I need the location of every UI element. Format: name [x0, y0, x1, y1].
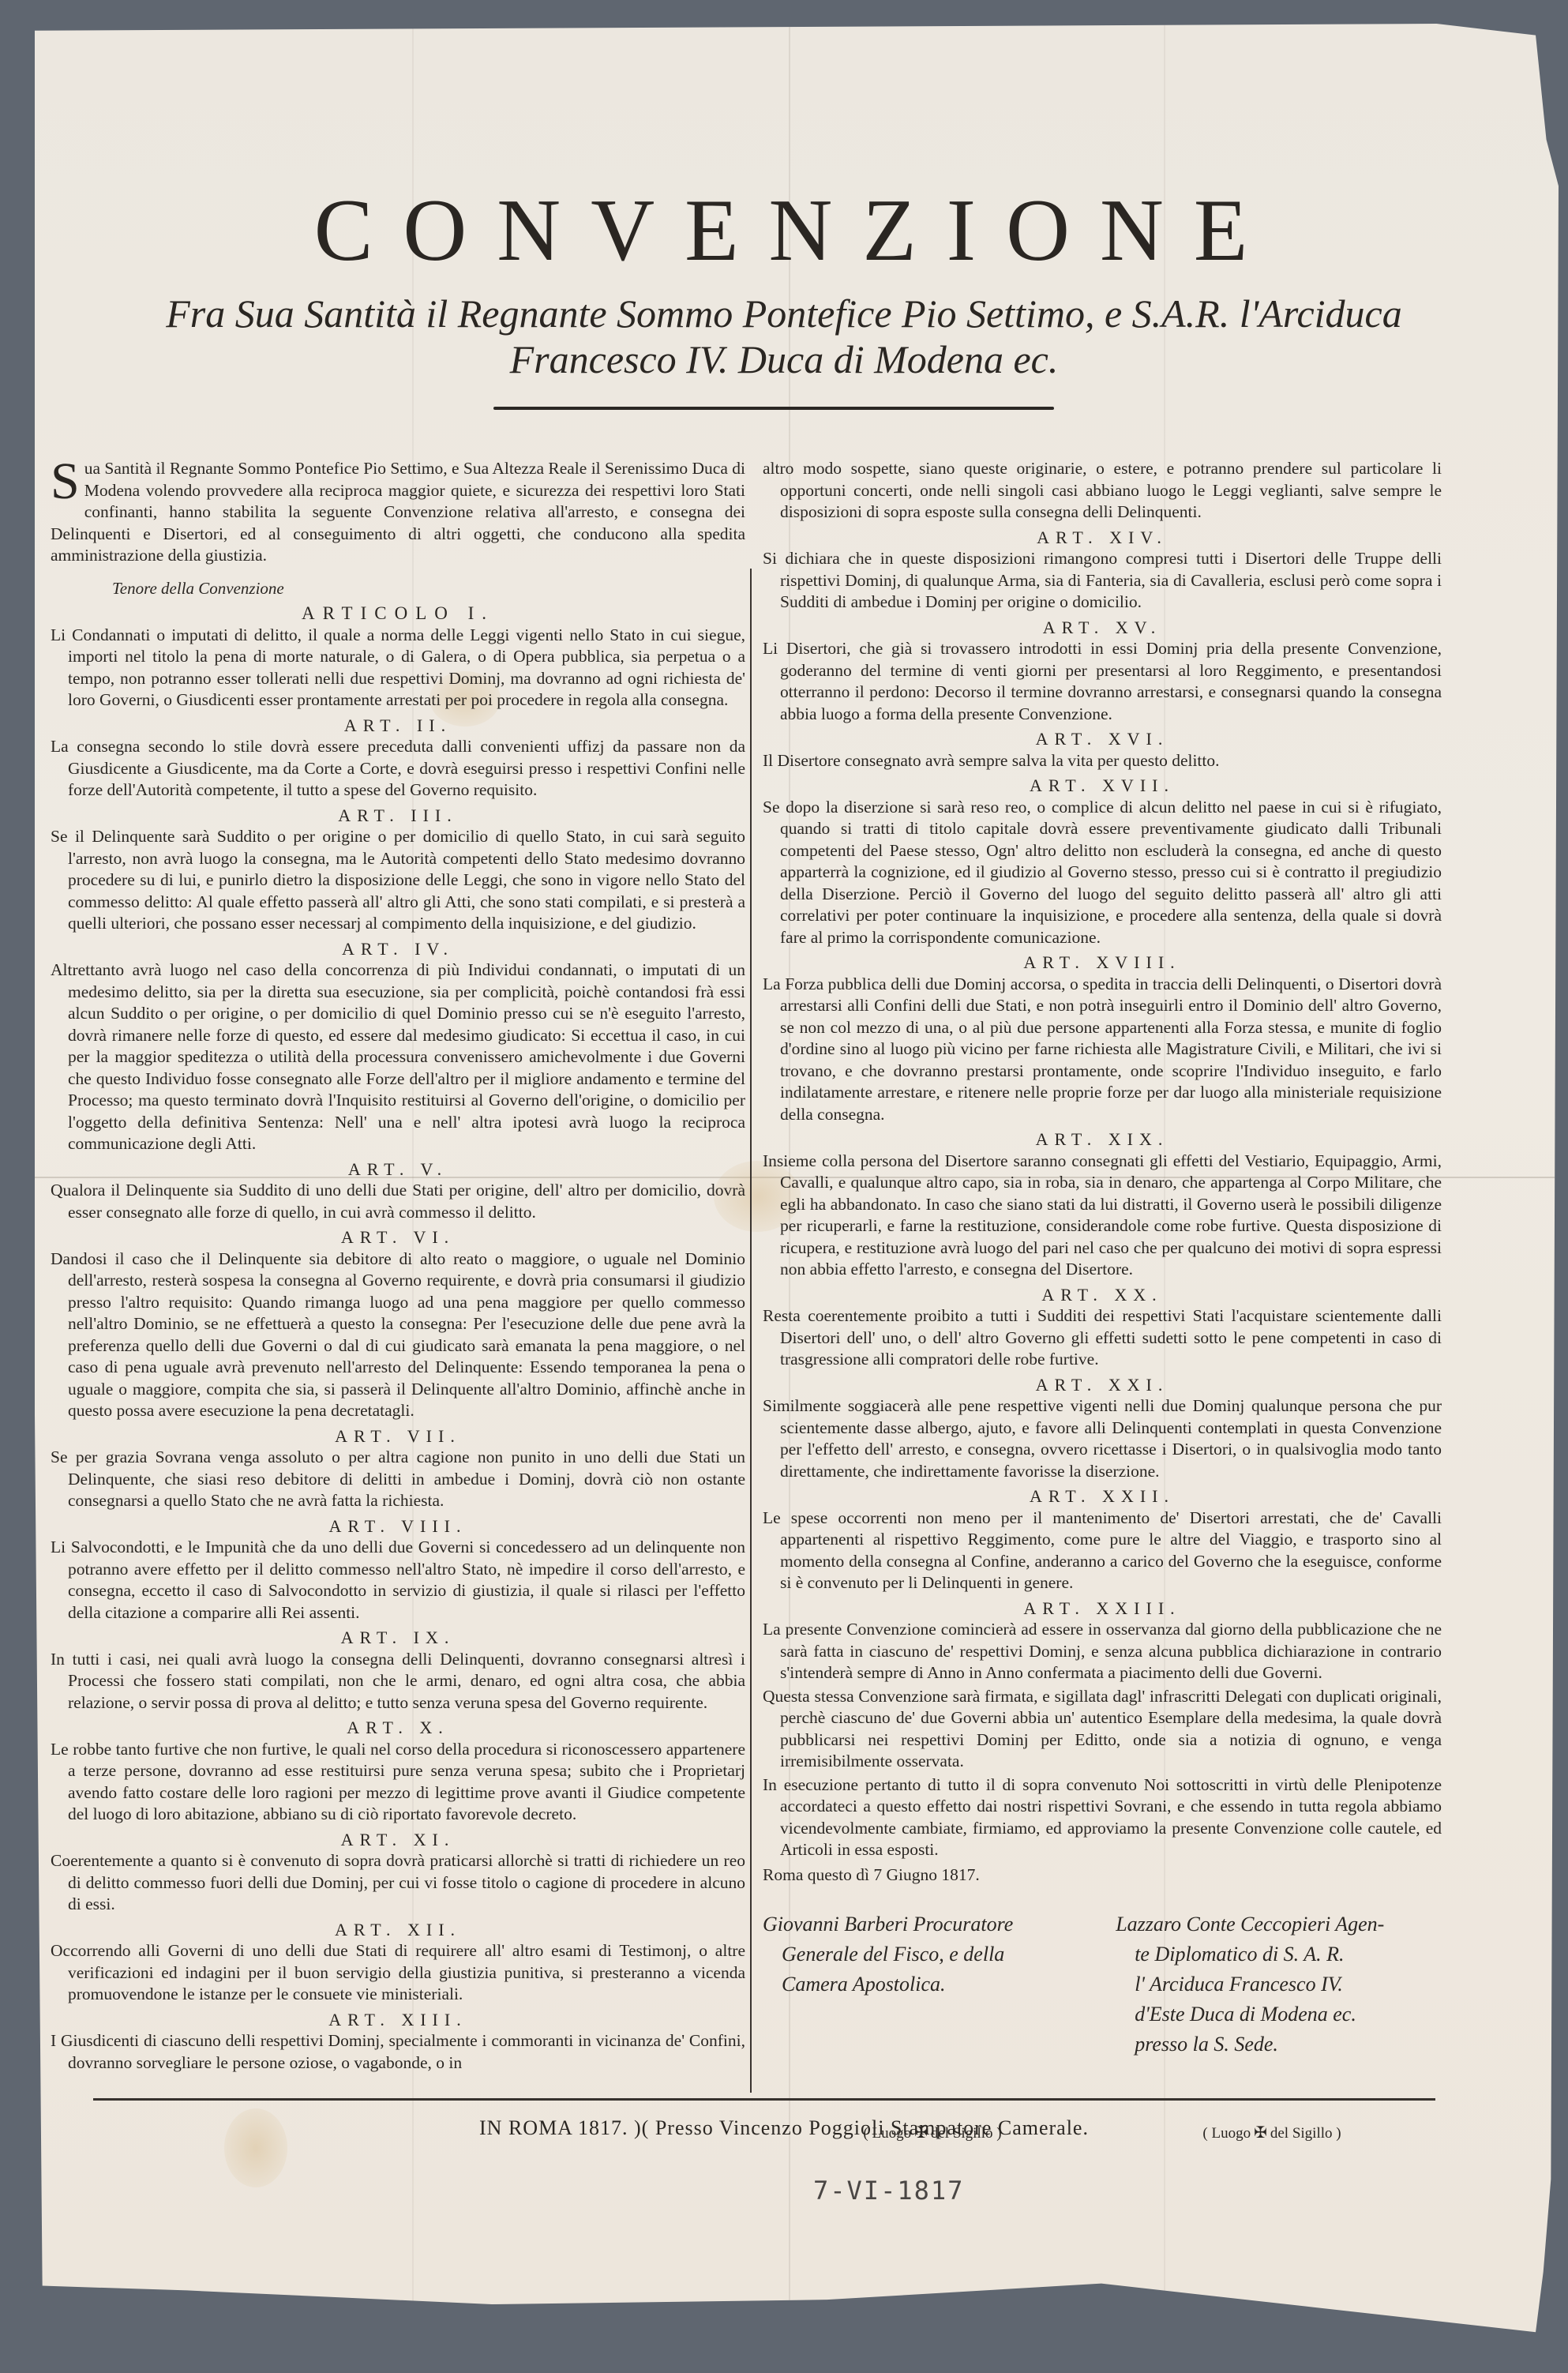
article-heading: ART. V. [51, 1158, 745, 1181]
article-text: Le spese occorrenti non meno per il mant… [763, 1508, 1442, 1594]
article-text: Occorrendo alli Governi di uno delli due… [51, 1940, 745, 2006]
article-heading: ART. II. [51, 715, 745, 737]
article-continuation: altro modo sospette, siano queste origin… [763, 458, 1442, 524]
tenore-label: Tenore della Convenzione [112, 578, 745, 600]
drop-cap: S [51, 460, 80, 504]
article-heading: ART. XII. [51, 1919, 745, 1941]
signatory-papal: Giovanni Barberi ProcuratoreGenerale del… [763, 1909, 1089, 2059]
article-text: Altrettanto avrà luogo nel caso della co… [51, 959, 745, 1155]
article-text: Insieme colla persona del Disertore sara… [763, 1151, 1442, 1281]
article-text: Il Disertore consegnato avrà sempre salv… [763, 750, 1442, 772]
article-heading: ART. XV. [763, 617, 1442, 639]
intro-paragraph: Sua Santità il Regnante Sommo Pontefice … [51, 458, 745, 567]
left-articles: ARTICOLO I.Li Condannati o imputati di d… [51, 603, 745, 2074]
article-text: Li Salvocondotti, e le Impunità che da u… [51, 1537, 745, 1624]
document-subtitle: Fra Sua Santità il Regnante Sommo Pontef… [0, 291, 1568, 382]
article-heading: ART. XVIII. [763, 952, 1442, 974]
column-divider [750, 569, 752, 2093]
article-heading: ART. XX. [763, 1284, 1442, 1306]
article-text: La presente Convenzione comincierà ad es… [763, 1619, 1442, 1684]
subtitle-line-1: Fra Sua Santità il Regnante Sommo Pontef… [0, 291, 1568, 336]
signatory-line: Giovanni Barberi Procuratore [763, 1909, 1089, 1939]
article-text: Qualora il Delinquente sia Suddito di un… [51, 1180, 745, 1223]
article-text: Coerentemente a quanto si è convenuto di… [51, 1850, 745, 1916]
article-heading: ART. XIII. [51, 2009, 745, 2031]
article-heading: ART. XXII. [763, 1485, 1442, 1508]
intro-text: ua Santità il Regnante Sommo Pontefice P… [51, 459, 745, 565]
article-text: I Giusdicenti di ciascuno delli respetti… [51, 2030, 745, 2074]
right-articles: ART. XIV.Si dichiara che in queste dispo… [763, 527, 1442, 1684]
article-heading: ART. XXIII. [763, 1598, 1442, 1620]
signatory-line: l' Arciduca Francesco IV. [1116, 1969, 1442, 1999]
article-heading: ART. VII. [51, 1425, 745, 1447]
signatures: Giovanni Barberi ProcuratoreGenerale del… [763, 1909, 1442, 2059]
article-heading: ART. VIII. [51, 1515, 745, 1538]
article-heading: ART. XVII. [763, 775, 1442, 797]
title-ornament-rule [493, 407, 1054, 410]
article-text: Similmente soggiacerà alle pene respetti… [763, 1395, 1442, 1482]
article-text: Resta coerentemente proibito a tutti i S… [763, 1305, 1442, 1371]
article-heading: ART. XI. [51, 1829, 745, 1851]
article-text: Si dichiara che in queste disposizioni r… [763, 548, 1442, 614]
article-text: La consegna secondo lo stile dovrà esser… [51, 736, 745, 802]
article-heading: ART. XIV. [763, 527, 1442, 549]
closing-paragraph: Questa stessa Convenzione sarà firmata, … [763, 1686, 1442, 1773]
printer-imprint: IN ROMA 1817. )( Presso Vincenzo Poggiol… [0, 2116, 1568, 2140]
article-text: In tutti i casi, nei quali avrà luogo la… [51, 1649, 745, 1714]
article-heading: ART. IX. [51, 1627, 745, 1649]
article-text: Le robbe tanto furtive che non furtive, … [51, 1739, 745, 1826]
article-heading: ART. VI. [51, 1226, 745, 1248]
signatory-line: Lazzaro Conte Ceccopieri Agen- [1116, 1909, 1442, 1939]
dateline: Roma questo dì 7 Giugno 1817. [763, 1864, 1442, 1887]
signatory-line: presso la S. Sede. [1116, 2029, 1442, 2059]
signatory-line: d'Este Duca di Modena ec. [1116, 1999, 1442, 2029]
closing-paragraphs: Questa stessa Convenzione sarà firmata, … [763, 1686, 1442, 1861]
subtitle-line-2: Francesco IV. Duca di Modena ec. [0, 336, 1568, 382]
article-text: Se per grazia Sovrana venga assoluto o p… [51, 1447, 745, 1512]
article-heading: ART. X. [51, 1717, 745, 1739]
closing-paragraph: In esecuzione pertanto di tutto il di so… [763, 1774, 1442, 1861]
article-heading: ART. XVI. [763, 728, 1442, 750]
article-text: Se il Delinquente sarà Suddito o per ori… [51, 826, 745, 935]
signatory-line: te Diplomatico di S. A. R. [1116, 1939, 1442, 1969]
article-text: Dandosi il caso che il Delinquente sia d… [51, 1248, 745, 1422]
article-heading: ART. XXI. [763, 1374, 1442, 1396]
signatory-modena: Lazzaro Conte Ceccopieri Agen-te Diploma… [1116, 1909, 1442, 2059]
imprint-rule [93, 2098, 1435, 2101]
left-column: Sua Santità il Regnante Sommo Pontefice … [51, 458, 745, 2075]
document-title: CONVENZIONE [0, 180, 1568, 282]
article-heading: ART. XIX. [763, 1128, 1442, 1151]
article-heading: ART. IV. [51, 938, 745, 960]
article-heading: ARTICOLO I. [51, 603, 745, 625]
signatory-line: Camera Apostolica. [763, 1969, 1089, 1999]
article-text: Li Condannati o imputati di delitto, il … [51, 625, 745, 712]
article-heading: ART. III. [51, 805, 745, 827]
right-column: altro modo sospette, siano queste origin… [763, 458, 1442, 2145]
handwritten-date-annotation: 7-VI-1817 [813, 2176, 964, 2206]
article-text: Li Disertori, che già si trovassero intr… [763, 638, 1442, 725]
signatory-line: Generale del Fisco, e della [763, 1939, 1089, 1969]
article-text: La Forza pubblica delli due Dominj accor… [763, 974, 1442, 1126]
article-text: Se dopo la diserzione si sarà reso reo, … [763, 797, 1442, 949]
